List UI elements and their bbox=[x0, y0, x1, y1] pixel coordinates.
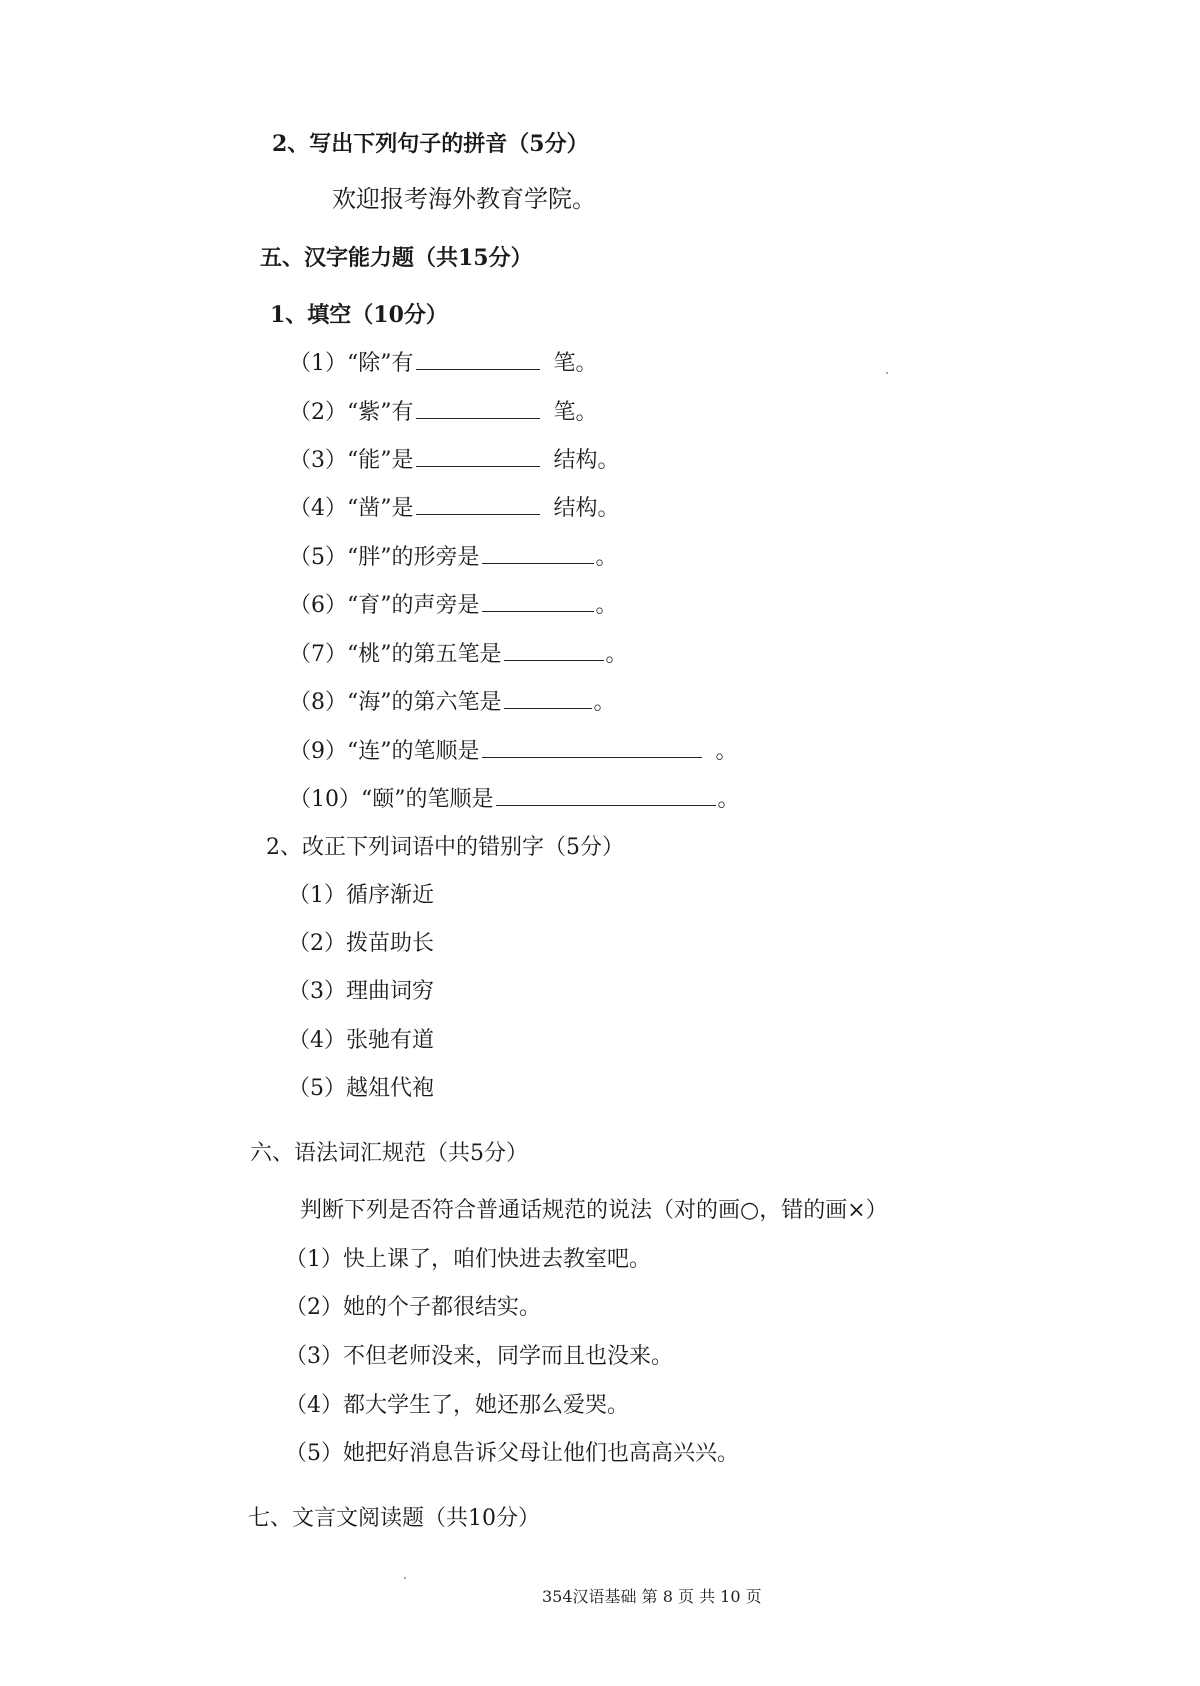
answer-blank[interactable] bbox=[482, 543, 594, 564]
item-suffix: 笔。 bbox=[554, 400, 598, 425]
fill-blank-item: （4）“凿”是结构。 bbox=[289, 494, 620, 523]
item-prompt: （9）“连”的笔顺是 bbox=[289, 739, 480, 764]
pinyin-sentence: 欢迎报考海外教育学院。 bbox=[332, 185, 596, 213]
section-heading-hanzi: 五、汉字能力题（共15分） bbox=[260, 244, 533, 272]
item-suffix: 结构。 bbox=[554, 496, 620, 521]
answer-blank[interactable] bbox=[504, 640, 604, 661]
item-prompt: （1）“除”有 bbox=[289, 351, 414, 376]
item-prompt: （5）“胖”的形旁是 bbox=[289, 545, 480, 570]
item-prompt: （10）“颐”的笔顺是 bbox=[289, 787, 494, 812]
item-prompt: （6）“育”的声旁是 bbox=[289, 593, 480, 618]
fill-blank-item: （5）“胖”的形旁是。 bbox=[289, 543, 618, 572]
fill-blank-item: （8）“海”的第六笔是。 bbox=[289, 688, 616, 717]
section-heading-grammar: 六、语法词汇规范（共5分） bbox=[250, 1140, 528, 1168]
typo-item: （5）越俎代袍 bbox=[288, 1075, 434, 1103]
item-suffix: 。 bbox=[596, 593, 618, 618]
answer-blank[interactable] bbox=[482, 737, 702, 758]
item-prompt: （2）“紫”有 bbox=[289, 400, 414, 425]
question-heading-pinyin: 2、写出下列句子的拼音（5分） bbox=[272, 130, 589, 158]
item-suffix: 。 bbox=[716, 739, 738, 764]
answer-blank[interactable] bbox=[416, 398, 540, 419]
item-suffix: 。 bbox=[594, 690, 616, 715]
scan-speck bbox=[886, 372, 888, 374]
scan-speck bbox=[404, 1577, 406, 1579]
item-suffix: 结构。 bbox=[554, 448, 620, 473]
item-suffix: 笔。 bbox=[554, 351, 598, 376]
page-footer: 354汉语基础 第 8 页 共 10 页 bbox=[542, 1584, 762, 1607]
fill-blank-item: （9）“连”的笔顺是。 bbox=[289, 737, 738, 766]
fill-blank-item: （3）“能”是结构。 bbox=[289, 446, 620, 475]
answer-blank[interactable] bbox=[416, 494, 540, 515]
fill-blank-item: （10）“颐”的笔顺是。 bbox=[289, 785, 740, 814]
fill-blank-item: （6）“育”的声旁是。 bbox=[289, 591, 618, 620]
heading-text: 2、改正下列词语中的错别字（5分） bbox=[266, 835, 624, 860]
answer-blank[interactable] bbox=[496, 785, 716, 806]
answer-blank[interactable] bbox=[504, 688, 592, 709]
item-suffix: 。 bbox=[718, 787, 740, 812]
fill-blank-item: （1）“除”有笔。 bbox=[289, 349, 598, 378]
item-prompt: （8）“海”的第六笔是 bbox=[289, 690, 502, 715]
fill-blank-item: （7）“桃”的第五笔是。 bbox=[289, 640, 628, 669]
question-heading-typos: 2、改正下列词语中的错别字（5分） bbox=[266, 834, 624, 862]
grammar-instruction: 判断下列是否符合普通话规范的说法（对的画○，错的画×） bbox=[300, 1197, 888, 1225]
answer-blank[interactable] bbox=[416, 349, 540, 370]
item-suffix: 。 bbox=[596, 545, 618, 570]
item-prompt: （7）“桃”的第五笔是 bbox=[289, 642, 502, 667]
answer-blank[interactable] bbox=[482, 591, 594, 612]
typo-item: （3）理曲词穷 bbox=[288, 978, 434, 1006]
grammar-item: （4）都大学生了，她还那么爱哭。 bbox=[285, 1392, 629, 1420]
grammar-item: （3）不但老师没来，同学而且也没来。 bbox=[285, 1343, 673, 1371]
answer-blank[interactable] bbox=[416, 446, 540, 467]
grammar-item: （1）快上课了，咱们快进去教室吧。 bbox=[285, 1246, 651, 1274]
item-prompt: （4）“凿”是 bbox=[289, 496, 414, 521]
section-heading-classical-chinese: 七、文言文阅读题（共10分） bbox=[248, 1505, 540, 1533]
typo-item: （4）张驰有道 bbox=[288, 1027, 434, 1055]
fill-blank-item: （2）“紫”有笔。 bbox=[289, 398, 598, 427]
item-prompt: （3）“能”是 bbox=[289, 448, 414, 473]
typo-item: （1）循序渐近 bbox=[288, 882, 434, 910]
question-heading-fill-blank: 1、填空（10分） bbox=[270, 301, 448, 329]
typo-item: （2）拨苗助长 bbox=[288, 930, 434, 958]
grammar-item: （5）她把好消息告诉父母让他们也高高兴兴。 bbox=[285, 1440, 739, 1468]
grammar-item: （2）她的个子都很结实。 bbox=[285, 1294, 541, 1322]
item-suffix: 。 bbox=[606, 642, 628, 667]
